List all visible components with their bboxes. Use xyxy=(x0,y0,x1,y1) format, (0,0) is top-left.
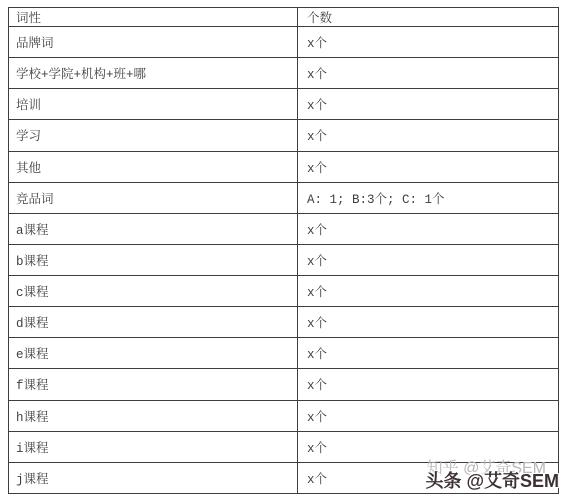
cell-count: x个 xyxy=(298,462,559,493)
table-row: 其他x个 xyxy=(9,151,559,182)
cell-count: A: 1; B:3个; C: 1个 xyxy=(298,182,559,213)
cell-count: x个 xyxy=(298,58,559,89)
cell-wordtype: d课程 xyxy=(9,307,298,338)
cell-wordtype: h课程 xyxy=(9,400,298,431)
keyword-count-table: 词性 个数 品牌词x个学校+学院+机构+班+哪x个培训x个学习x个其他x个竞品词… xyxy=(8,7,559,494)
cell-count: x个 xyxy=(298,151,559,182)
cell-wordtype: j课程 xyxy=(9,462,298,493)
cell-wordtype: c课程 xyxy=(9,276,298,307)
cell-count: x个 xyxy=(298,431,559,462)
table-row: a课程x个 xyxy=(9,213,559,244)
table-row: d课程x个 xyxy=(9,307,559,338)
cell-count: x个 xyxy=(298,27,559,58)
cell-wordtype: 培训 xyxy=(9,89,298,120)
table-row: 培训x个 xyxy=(9,89,559,120)
table-row: 竞品词A: 1; B:3个; C: 1个 xyxy=(9,182,559,213)
cell-count: x个 xyxy=(298,400,559,431)
column-header-count: 个数 xyxy=(298,8,559,27)
cell-count: x个 xyxy=(298,276,559,307)
cell-count: x个 xyxy=(298,369,559,400)
table-row: 品牌词x个 xyxy=(9,27,559,58)
cell-wordtype: e课程 xyxy=(9,338,298,369)
column-header-wordtype: 词性 xyxy=(9,8,298,27)
cell-wordtype: f课程 xyxy=(9,369,298,400)
cell-wordtype: b课程 xyxy=(9,244,298,275)
cell-count: x个 xyxy=(298,338,559,369)
cell-count: x个 xyxy=(298,307,559,338)
cell-count: x个 xyxy=(298,244,559,275)
table-row: b课程x个 xyxy=(9,244,559,275)
cell-wordtype: 竞品词 xyxy=(9,182,298,213)
cell-wordtype: 学习 xyxy=(9,120,298,151)
table-row: 学习x个 xyxy=(9,120,559,151)
cell-count: x个 xyxy=(298,120,559,151)
table-row: e课程x个 xyxy=(9,338,559,369)
cell-wordtype: 品牌词 xyxy=(9,27,298,58)
cell-count: x个 xyxy=(298,213,559,244)
table-row: j课程x个 xyxy=(9,462,559,493)
cell-wordtype: 其他 xyxy=(9,151,298,182)
table-row: c课程x个 xyxy=(9,276,559,307)
table-body: 品牌词x个学校+学院+机构+班+哪x个培训x个学习x个其他x个竞品词A: 1; … xyxy=(9,27,559,494)
table-row: 学校+学院+机构+班+哪x个 xyxy=(9,58,559,89)
cell-wordtype: i课程 xyxy=(9,431,298,462)
table-row: f课程x个 xyxy=(9,369,559,400)
table-row: h课程x个 xyxy=(9,400,559,431)
cell-wordtype: 学校+学院+机构+班+哪 xyxy=(9,58,298,89)
table-header-row: 词性 个数 xyxy=(9,8,559,27)
cell-wordtype: a课程 xyxy=(9,213,298,244)
table-row: i课程x个 xyxy=(9,431,559,462)
cell-count: x个 xyxy=(298,89,559,120)
